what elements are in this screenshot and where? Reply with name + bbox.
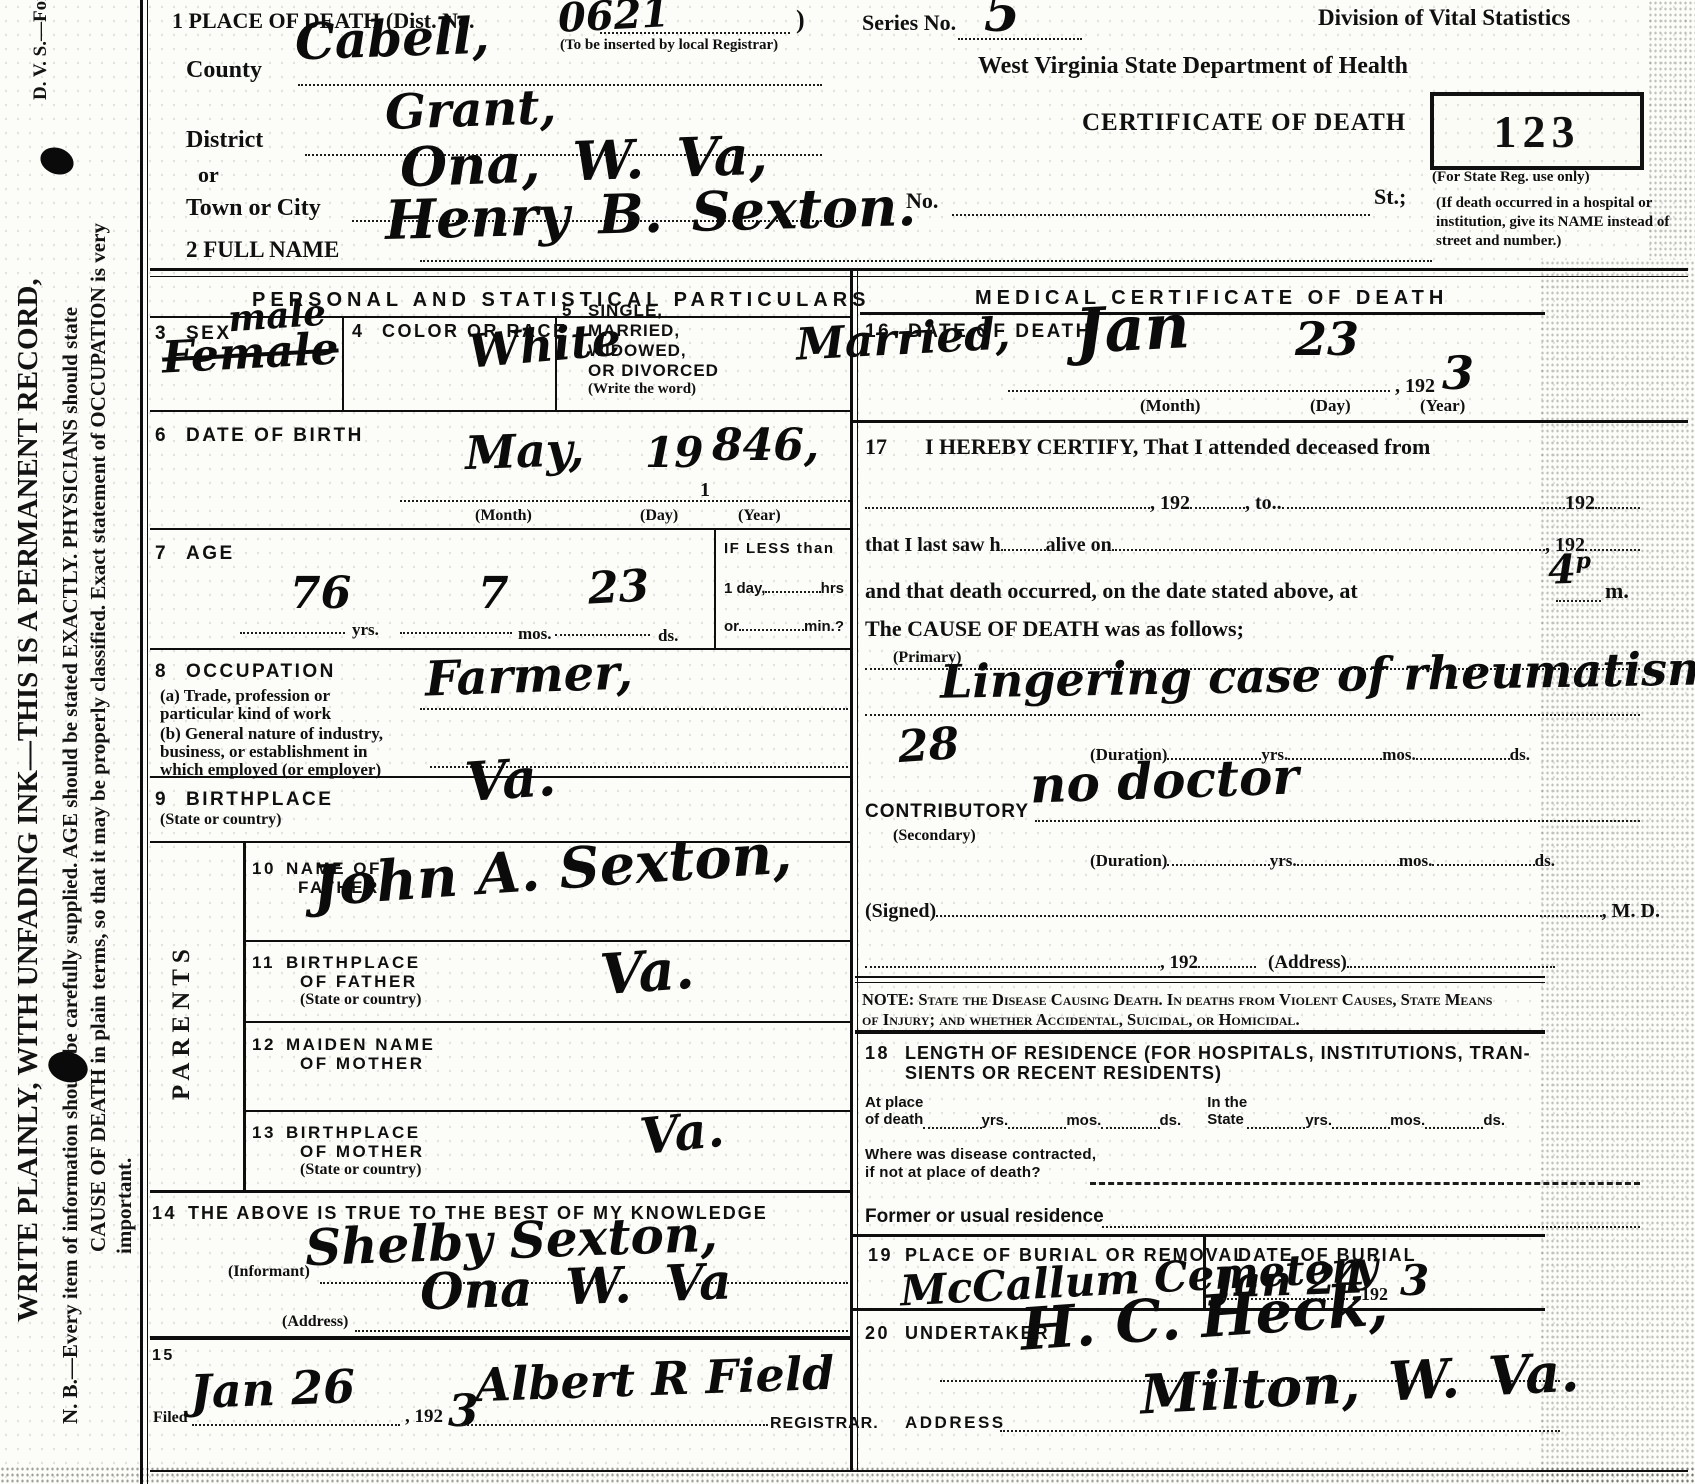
father-birthplace-sub: (State or country) [300, 990, 421, 1009]
birthplace-handwriting: Va. [463, 749, 557, 809]
cause-of-death-handwriting: Lingering case of rheumatism [940, 645, 1695, 705]
death-year-handwriting: 3 [1442, 350, 1474, 396]
undertaker-address-label: ADDRESS [905, 1412, 1006, 1433]
certify-line-4b: m. [1605, 578, 1629, 604]
certify-192b: 192 [1565, 492, 1595, 515]
divider-line [857, 268, 858, 1470]
age-yrs-unit: yrs. [352, 620, 379, 640]
occupation-handwriting: Farmer, [424, 648, 633, 703]
certify-line-1: I HEREBY CERTIFY, That I attended deceas… [925, 434, 1430, 460]
divider-line [1247, 1114, 1305, 1129]
date-of-death-label: DATE OF DEATH [908, 320, 1092, 344]
divider-line [555, 316, 557, 410]
date-of-death-number: 16 [865, 320, 891, 344]
occupation-a-label-2: particular kind of work [160, 704, 331, 724]
dob-day-handwriting: 19 [645, 432, 703, 474]
duration2-label: (Duration) [1090, 851, 1167, 871]
registration-number: 123 [1494, 105, 1581, 158]
duration2-yrs: yrs. [1270, 851, 1297, 871]
cause-of-death-heading: The CAUSE OF DEATH was as follows; [865, 616, 1244, 642]
father-birthplace-handwriting: Va. [598, 941, 696, 1003]
ink-blot [37, 143, 78, 179]
dob-day-sub: (Day) [640, 506, 678, 525]
medical-section-title: MEDICAL CERTIFICATE OF DEATH [975, 286, 1448, 311]
divider-line [420, 708, 848, 710]
marital-option-1: SINGLE, [588, 300, 663, 321]
certify-line-4a: and that death occurred, on the date sta… [865, 578, 1358, 604]
age-mos-unit: mos. [518, 624, 552, 644]
divider-line [1288, 744, 1382, 760]
age-days-handwriting: 23 [587, 564, 650, 611]
signed-label: (Signed) [865, 900, 936, 923]
divider-line [1347, 950, 1555, 968]
divider-line [923, 1114, 981, 1129]
dob-month-sub: (Month) [475, 506, 532, 525]
death-certificate-scan: D. V. S.—Form 2. WRITE PLAINLY, WITH UNF… [0, 0, 1695, 1484]
marital-option-3: WIDOWED, [588, 340, 687, 361]
duration-ds: ds. [1510, 745, 1530, 765]
informant-label: (Informant) [228, 1262, 310, 1281]
or-label: or [724, 618, 739, 635]
divider-line [1090, 1182, 1640, 1185]
divider-line [150, 1470, 1688, 1472]
time-of-death-handwriting: 4p [1547, 549, 1592, 590]
st-label: St.; [1374, 184, 1406, 210]
divider-line [147, 0, 148, 1484]
registrar-signature-handwriting: Albert R Field [474, 1350, 835, 1409]
dob-year-sub: (Year) [738, 506, 781, 525]
scan-speckle [0, 1466, 1695, 1484]
age-number: 7 [155, 542, 168, 566]
marital-number: 5 [562, 300, 574, 321]
divider-line [240, 632, 345, 634]
district-handwriting: Grant, [384, 83, 557, 137]
divider-line [400, 500, 850, 502]
divider-line [865, 490, 1150, 509]
death-192-printed: , 192 [1395, 374, 1435, 398]
filed-label: Filed [153, 1408, 188, 1427]
divider-line [243, 1021, 852, 1023]
signed-192: , 192 [1160, 952, 1198, 974]
informant-address-handwriting: Ona W. Va [419, 1257, 732, 1318]
state-mos: mos. [1390, 1112, 1425, 1129]
divider-line [714, 528, 716, 648]
divider-line [855, 976, 1545, 978]
in-the-state-label: In theState [1207, 1094, 1247, 1129]
divider-line [865, 950, 1160, 968]
secondary-label: (Secondary) [893, 826, 976, 845]
occupation-number: 8 [155, 660, 168, 684]
certify-to: , to.. [1245, 492, 1282, 515]
if-less-label: IF LESS than [724, 540, 835, 559]
certify-number: 17 [865, 434, 887, 460]
hrs-label: hrs [821, 580, 844, 597]
duration-mos: mos. [1382, 745, 1416, 765]
registrar-insert-note: (To be inserted by local Registrar) [560, 36, 778, 54]
registration-number-box: 123 [1430, 92, 1644, 170]
divider-line [855, 982, 1545, 983]
duration2-mos: mos. [1399, 851, 1433, 871]
divider-line [865, 714, 1640, 716]
hospital-note: (If death occurred in a hospital or inst… [1436, 194, 1680, 250]
divider-line [1297, 850, 1399, 866]
or-label: or [198, 162, 219, 188]
dob-year-handwriting: 846, [712, 424, 819, 468]
divider-line [850, 268, 853, 1470]
certify-192a: , 192 [1150, 492, 1190, 515]
filed-date-handwriting: Jan 26 [189, 1363, 356, 1415]
divider-line [1190, 490, 1245, 509]
age-ds-unit: ds. [658, 626, 678, 646]
divider-line [855, 1030, 1545, 1034]
divider-line [936, 898, 1602, 917]
margin-note-line2: N. B.—Every item of information should b… [58, 307, 83, 1424]
death-year-sub: (Year) [1420, 396, 1465, 416]
district-label: District [186, 126, 263, 155]
series-no-label: Series No. [862, 10, 956, 36]
mother-birthplace-number: 13 [252, 1122, 276, 1143]
where-contracted-label-1: Where was disease contracted, [865, 1146, 1096, 1165]
ink-blot [45, 1047, 91, 1086]
divider-line [1425, 1114, 1483, 1129]
occupation-label: OCCUPATION [186, 660, 336, 684]
race-number: 4 [352, 320, 365, 343]
dob-month-handwriting: May, [464, 426, 585, 476]
divider-line [150, 528, 852, 530]
mother-birthplace-handwriting: Va. [638, 1104, 727, 1163]
divider-line [1556, 600, 1601, 602]
series-no-handwriting: 5 [984, 0, 1020, 40]
burial-number: 19 [868, 1244, 893, 1267]
registrar-label: REGISTRAR. [770, 1414, 879, 1434]
county-handwriting: Cabell, [294, 11, 490, 68]
divider-line [150, 1190, 852, 1193]
marital-option-4: OR DIVORCED [588, 360, 719, 381]
divider-line [400, 632, 512, 634]
divider-line [555, 634, 650, 636]
divider-line [243, 940, 852, 942]
divider-line [1112, 532, 1545, 551]
age-years-handwriting: 76 [290, 572, 351, 616]
divider-line [192, 1424, 400, 1426]
contributory-label: CONTRIBUTORY [865, 800, 1029, 824]
dob-label: DATE OF BIRTH [186, 424, 364, 448]
father-name-handwriting: John A. Sexton, [311, 825, 794, 914]
duration2-ds: ds. [1535, 851, 1555, 871]
burial-year-handwriting: 3 [1400, 1260, 1429, 1302]
division-title: Division of Vital Statistics [1318, 4, 1570, 32]
contributory-handwriting: no doctor [1029, 751, 1299, 810]
filed-192-printed: , 192 [405, 1406, 443, 1429]
margin-form-number: D. V. S.—Form 2. [30, 0, 52, 100]
divider-line [420, 260, 1432, 262]
divider-line [1282, 490, 1565, 509]
death-month-handwriting: Jan [1073, 295, 1191, 363]
divider-line [1035, 820, 1640, 822]
undertaker-address-handwriting: Milton, W. Va. [1139, 1345, 1580, 1422]
divider-line [739, 616, 804, 631]
divider-line [958, 38, 1082, 40]
state-reg-note: (For State Reg. use only) [1432, 168, 1590, 186]
undertaker-number: 20 [865, 1322, 890, 1345]
mother-birthplace-sub: (State or country) [300, 1160, 421, 1179]
divider-line [243, 1110, 852, 1112]
town-city-label: Town or City [186, 194, 321, 223]
md-label: , M. D. [1602, 900, 1660, 923]
filed-year-handwriting: 3 [448, 1390, 479, 1434]
divider-line [1198, 950, 1256, 968]
death-month-sub: (Month) [1140, 396, 1200, 416]
divider-line [852, 1234, 1545, 1237]
divider-line [150, 1336, 852, 1340]
age-months-handwriting: 7 [478, 572, 509, 616]
certify-line-3a: that I last saw h [865, 534, 1001, 557]
divider-line [852, 420, 1688, 423]
place-paren: ) [796, 4, 805, 35]
sex-struck-handwriting: Female [161, 327, 340, 380]
filed-section-number: 15 [152, 1346, 175, 1366]
divider-line [150, 410, 852, 412]
state-yrs: yrs. [1305, 1112, 1332, 1129]
death-day-handwriting: 23 [1295, 316, 1359, 362]
divider-line [860, 312, 1545, 315]
marital-option-2: MARRIED, [588, 320, 680, 341]
note-line-1: NOTE: State the Disease Causing Death. I… [862, 990, 1492, 1010]
at-place-label: At placeof death [865, 1094, 923, 1129]
informant-section-number: 14 [152, 1202, 177, 1225]
divider-line [1167, 850, 1269, 866]
signed-address-label: (Address) [1268, 952, 1347, 974]
atplace-ds: ds. [1160, 1112, 1182, 1129]
divider-line [150, 268, 1688, 271]
divider-line [1008, 1114, 1066, 1129]
divider-line [140, 0, 143, 1484]
divider-line [342, 316, 344, 410]
birthplace-label: BIRTHPLACE [186, 788, 333, 812]
age-label: AGE [186, 542, 235, 566]
birthplace-sub: (State or country) [160, 810, 281, 829]
birthplace-number: 9 [155, 788, 168, 812]
divider-line [1101, 1114, 1159, 1129]
note-line-2: of Injury; and whether Accidental, Suici… [862, 1010, 1300, 1030]
divider-line [765, 578, 820, 593]
full-name-label: 2 FULL NAME [186, 236, 339, 264]
marital-write-word-note: (Write the word) [588, 380, 696, 398]
divider-line [460, 1424, 768, 1426]
county-label: County [186, 56, 262, 85]
min-label: min.? [804, 618, 844, 635]
divider-line [1332, 1114, 1390, 1129]
divider-line [1416, 744, 1510, 760]
atplace-mos: mos. [1066, 1112, 1101, 1129]
divider-line [1595, 490, 1640, 509]
divider-line [355, 1330, 848, 1332]
certify-line-3b: alive on [1046, 534, 1112, 557]
parents-vertical-label: PARENTS [168, 943, 196, 1100]
residence-label-2: SIENTS OR RECENT RESIDENTS) [905, 1062, 1222, 1085]
divider-line [1432, 850, 1534, 866]
divider-line [1000, 1430, 1560, 1432]
divider-line [298, 84, 822, 86]
mother-name-label-2: OF MOTHER [300, 1053, 425, 1074]
divider-line [952, 214, 1370, 216]
informant-address-label: (Address) [282, 1312, 348, 1331]
state-ds: ds. [1483, 1112, 1505, 1129]
divider-line [1008, 390, 1390, 392]
former-residence-label: Former or usual residence [865, 1206, 1104, 1229]
divider-line [600, 32, 790, 34]
divider-line [1001, 532, 1046, 551]
margin-note-line3: CAUSE OF DEATH in plain terms, so that i… [86, 223, 111, 1252]
dob-number: 6 [155, 424, 168, 448]
father-birthplace-number: 11 [252, 952, 275, 973]
death-day-sub: (Day) [1310, 396, 1351, 416]
one-day-label: 1 day, [724, 580, 765, 597]
scan-speckle [1540, 260, 1695, 1484]
atplace-yrs: yrs. [982, 1112, 1009, 1129]
mother-name-number: 12 [252, 1034, 276, 1055]
father-name-number: 10 [252, 858, 276, 879]
dob-year-printed-1: 1 [700, 478, 710, 502]
margin-note-line1: WRITE PLAINLY, WITH UNFADING INK—THIS IS… [12, 278, 45, 1322]
department-title: West Virginia State Department of Health [978, 52, 1408, 81]
divider-line [1585, 532, 1640, 551]
margin-note-line4: important. [112, 1158, 137, 1254]
where-contracted-label-2: if not at place of death? [865, 1164, 1041, 1183]
certificate-title: CERTIFICATE OF DEATH [1082, 108, 1406, 138]
residence-number: 18 [865, 1042, 890, 1065]
divider-line [1102, 1226, 1640, 1228]
divider-line [150, 276, 1688, 277]
cause-duration-handwriting: 28 [897, 722, 961, 770]
full-name-handwriting: Henry B. Sexton. [384, 179, 916, 247]
divider-line [243, 841, 246, 1192]
